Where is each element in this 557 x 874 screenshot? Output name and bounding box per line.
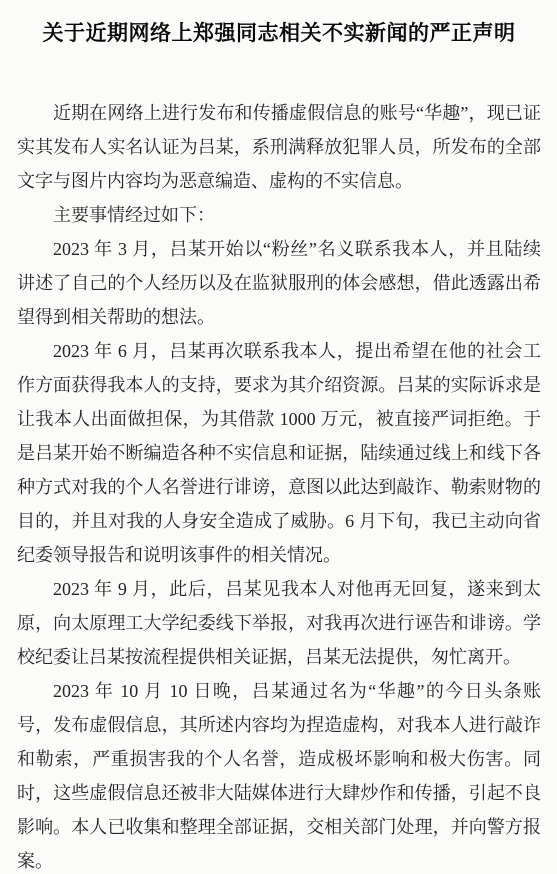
- statement-document-page: 关于近期网络上郑强同志相关不实新闻的严正声明 近期在网络上进行发布和传播虚假信息…: [0, 0, 557, 874]
- paragraph-june-2023: 2023 年 6 月，吕某再次联系我本人，提出希望在他的社会工作方面获得我本人的…: [17, 334, 541, 572]
- paragraph-intro: 近期在网络上进行发布和传播虚假信息的账号“华趣”，现已证实其发布人实名认证为吕某…: [17, 96, 541, 198]
- paragraph-september-2023: 2023 年 9 月，此后，吕某见我本人对他再无回复，遂来到太原，向太原理工大学…: [17, 572, 541, 674]
- paragraph-lead-in: 主要事情经过如下：: [17, 198, 541, 232]
- document-body: 近期在网络上进行发布和传播虚假信息的账号“华趣”，现已证实其发布人实名认证为吕某…: [17, 96, 541, 874]
- document-title: 关于近期网络上郑强同志相关不实新闻的严正声明: [17, 18, 541, 48]
- paragraph-march-2023: 2023 年 3 月，吕某开始以“粉丝”名义联系我本人，并且陆续讲述了自己的个人…: [17, 232, 541, 334]
- paragraph-october-2023: 2023 年 10 月 10 日晚，吕某通过名为“华趣”的今日头条账号，发布虚假…: [17, 674, 541, 874]
